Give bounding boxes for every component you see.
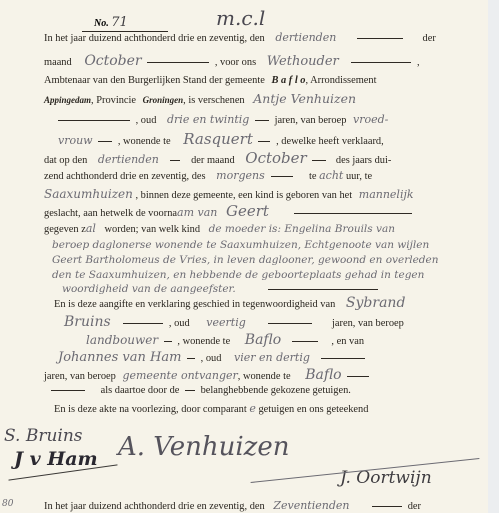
printed-text: , wonende te bbox=[238, 371, 291, 382]
printed-text: En is deze akte na voorlezing, door comp… bbox=[54, 404, 247, 415]
printed-text: , dewelke heeft verklaard, bbox=[276, 136, 384, 147]
number-label: No. bbox=[94, 18, 109, 29]
fill-line bbox=[51, 390, 85, 391]
witness-1-first-name: Sybrand bbox=[346, 295, 405, 311]
text-line: zend achthonderd drie en zeventig, des m… bbox=[44, 170, 372, 183]
text-line: als daartoe door de belanghebbende gekoz… bbox=[48, 385, 351, 397]
fill-line bbox=[357, 38, 403, 39]
text-line: maand October , voor ons Wethouder , bbox=[44, 55, 420, 69]
birth-time-of-day: morgens bbox=[216, 169, 265, 182]
fill-line bbox=[170, 160, 180, 161]
marginal-annotation: m.c.l bbox=[216, 6, 265, 30]
printed-text: des jaars dui- bbox=[336, 155, 391, 166]
fill-line bbox=[347, 376, 369, 377]
fill-line bbox=[123, 323, 163, 324]
birth-day: dertienden bbox=[98, 153, 159, 166]
fill-line bbox=[292, 341, 318, 342]
printed-text: gegeven z bbox=[44, 224, 86, 235]
printed-text: , en van bbox=[331, 336, 364, 347]
printed-text: der maand bbox=[191, 155, 235, 166]
printed-text: , Arrondissement bbox=[306, 75, 377, 86]
text-line: Bruins , oud veertig jaren, van beroep bbox=[44, 316, 404, 330]
handwritten-text: am van bbox=[177, 206, 217, 219]
declarant-name: Antje Venhuizen bbox=[253, 91, 356, 106]
fill-line bbox=[372, 506, 402, 507]
printed-text: geslacht, aan hetwelk de voorna bbox=[44, 208, 177, 219]
witness-2-name: Johannes van Ham bbox=[58, 350, 181, 365]
fill-line bbox=[312, 160, 326, 161]
printed-text: , wonende te bbox=[177, 336, 230, 347]
witness-1-occupation: landbouwer bbox=[86, 333, 158, 347]
text-line: landbouwer , wonende te Baflo , en van bbox=[44, 334, 364, 348]
printed-text: belanghebbende gekozene getuigen. bbox=[201, 385, 351, 396]
handwritten-line: beroep daglonerse wonende te Saaxumhuize… bbox=[52, 239, 429, 251]
record-number: No. 71 bbox=[94, 15, 128, 30]
printed-text: En is deze aangifte en verklaring geschi… bbox=[54, 299, 335, 310]
fill-line bbox=[268, 323, 312, 324]
text-line: dat op den dertienden der maand October … bbox=[44, 152, 391, 167]
printed-text: te bbox=[309, 171, 317, 182]
text-line: Appingedam, Provincie Groningen, is vers… bbox=[44, 93, 356, 107]
text-line: En is deze aangifte en verklaring geschi… bbox=[54, 297, 405, 311]
printed-text: uur, te bbox=[346, 171, 372, 182]
text-line: vrouw , wonende te Rasquert , dewelke he… bbox=[44, 133, 384, 148]
printed-text: In het jaar duizend achthonderd drie en … bbox=[44, 33, 265, 44]
fill-line bbox=[268, 289, 378, 290]
fill-line bbox=[351, 62, 411, 63]
witness-2-residence: Baflo bbox=[305, 367, 341, 383]
arrondissement-name: Appingedam bbox=[44, 95, 91, 105]
text-line: woordigheid van de aangeefster. bbox=[62, 283, 381, 296]
text-line: En is deze akte na voorlezing, door comp… bbox=[54, 403, 368, 416]
printed-text: , oud bbox=[136, 115, 157, 126]
handwritten-text: October bbox=[84, 53, 141, 69]
scan-border bbox=[488, 0, 499, 513]
fill-line bbox=[147, 62, 209, 63]
handwritten-text: dertienden bbox=[275, 31, 336, 44]
text-line: , oud drie en twintig jaren, van beroep … bbox=[44, 114, 388, 127]
printed-text: jaren, van beroep bbox=[275, 115, 347, 126]
printed-text: worden; van welk kind bbox=[105, 224, 201, 235]
printed-text: , oud bbox=[201, 353, 222, 364]
printed-text: , Provincie bbox=[91, 95, 136, 106]
handwritten-text: e bbox=[249, 402, 256, 415]
number-value: 71 bbox=[111, 15, 128, 30]
text-line: gegeven zal worden; van welk kind de moe… bbox=[44, 223, 395, 236]
printed-text: jaren, van beroep bbox=[44, 371, 116, 382]
printed-text: jaren, van beroep bbox=[332, 318, 404, 329]
fill-line bbox=[258, 141, 270, 142]
declarant-age: drie en twintig bbox=[167, 113, 249, 126]
witness-2-age: vier en dertig bbox=[234, 351, 310, 364]
margin-record-number: 80 bbox=[2, 499, 13, 509]
printed-text: getuigen en ons geteekend bbox=[258, 404, 368, 415]
fill-line bbox=[164, 341, 172, 342]
printed-text: , oud bbox=[169, 318, 190, 329]
printed-text: , voor ons bbox=[215, 57, 256, 68]
printed-text: In het jaar duizend achthonderd drie en … bbox=[44, 501, 265, 512]
declarant-occupation: vroed- bbox=[353, 113, 388, 126]
fill-line bbox=[187, 358, 195, 359]
fill-line bbox=[321, 358, 365, 359]
printed-text: , binnen deze gemeente, een kind is gebo… bbox=[135, 190, 352, 201]
printed-text: Ambtenaar van den Burgerlijken Stand der… bbox=[44, 75, 265, 86]
fill-line bbox=[294, 213, 412, 214]
province-name: Groningen bbox=[143, 95, 184, 105]
fill-line bbox=[185, 390, 195, 391]
certificate-page: No. 71 m.c.l In het jaar duizend achthon… bbox=[0, 0, 488, 513]
fill-line bbox=[255, 120, 269, 121]
signature-declarant: A. Venhuizen bbox=[118, 432, 289, 462]
printed-text: , bbox=[417, 57, 420, 68]
printed-text: , wonende te bbox=[118, 136, 171, 147]
birth-hour: acht bbox=[319, 169, 343, 182]
text-line: Saaxumhuizen , binnen deze gemeente, een… bbox=[44, 188, 414, 202]
text-line: jaren, van beroep gemeente ontvanger, wo… bbox=[44, 369, 372, 383]
printed-text: der bbox=[423, 33, 436, 44]
printed-text: der bbox=[408, 501, 421, 512]
fill-line bbox=[58, 120, 130, 121]
declarant-occupation-cont: vrouw bbox=[58, 134, 93, 147]
child-sex: mannelijk bbox=[359, 188, 414, 201]
printed-text: , is verschenen bbox=[183, 95, 244, 106]
text-line: Johannes van Ham , oud vier en dertig bbox=[44, 352, 368, 365]
fill-line bbox=[98, 141, 112, 142]
handwritten-text: al bbox=[86, 222, 96, 235]
handwritten-text: Wethouder bbox=[267, 54, 339, 69]
printed-text: als daartoe door de bbox=[101, 385, 180, 396]
handwritten-text: Zeventienden bbox=[273, 499, 349, 512]
signature-witness-2: J v Ham bbox=[14, 448, 98, 470]
text-line: In het jaar duizend achthonderd drie en … bbox=[44, 500, 421, 513]
text-line: Ambtenaar van den Burgerlijken Stand der… bbox=[44, 75, 377, 87]
mother-details: de moeder is: Engelina Brouils van bbox=[209, 223, 395, 235]
declarant-residence: Rasquert bbox=[183, 130, 253, 148]
birth-place: Saaxumhuizen bbox=[44, 187, 133, 201]
witness-1-residence: Baflo bbox=[245, 332, 281, 348]
printed-text: zend achthonderd drie en zeventig, des bbox=[44, 171, 206, 182]
child-given-name: Geert bbox=[226, 202, 269, 220]
witness-1-age: veertig bbox=[206, 316, 245, 329]
signature-witness-1: S. Bruins bbox=[4, 426, 83, 446]
text-line: In het jaar duizend achthonderd drie en … bbox=[44, 32, 436, 45]
text-line: geslacht, aan hetwelk de voornaam van Ge… bbox=[44, 205, 415, 220]
birth-month: October bbox=[245, 149, 306, 167]
handwritten-line: den te Saaxumhuizen, en hebbende de gebo… bbox=[52, 269, 424, 281]
witness-2-occupation: gemeente ontvanger bbox=[122, 369, 237, 382]
printed-text: maand bbox=[44, 57, 72, 68]
handwritten-line: woordigheid van de aangeefster. bbox=[62, 283, 236, 295]
printed-text: dat op den bbox=[44, 155, 87, 166]
fill-line bbox=[271, 176, 293, 177]
handwritten-line: Geert Bartholomeus de Vries, in leven da… bbox=[52, 254, 439, 266]
witness-1-surname: Bruins bbox=[64, 314, 111, 330]
municipality-name: B a f l o bbox=[271, 75, 305, 86]
